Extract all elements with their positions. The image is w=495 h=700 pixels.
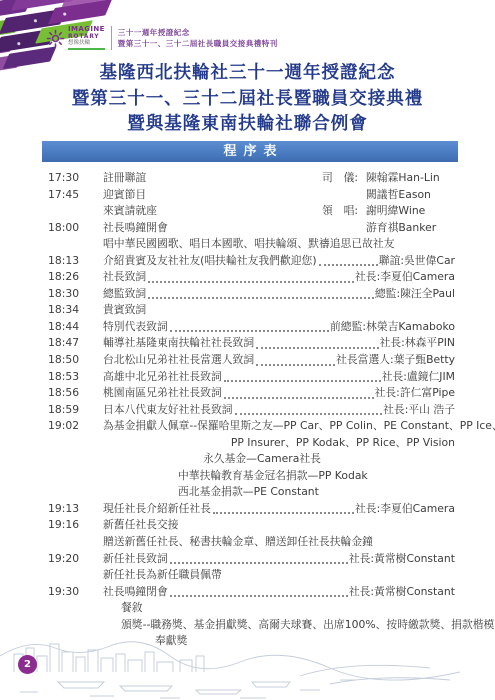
row-time: 18:44 (48, 319, 103, 336)
row-time: 17:30 (48, 170, 103, 187)
row-text: 唱中華民國國歌、唱日本國歌、唱扶輪頌、默禱追思已故社友 (103, 236, 395, 253)
dotted-leader (148, 281, 354, 283)
logo-chinese-label: 想像扶輪 (68, 41, 105, 50)
row-text: 日本八代東友好社社長致詞 (103, 402, 233, 419)
row-time: 18:13 (48, 253, 103, 270)
row-text: 特別代表致詞 (103, 319, 168, 336)
row-side-column: 游育祺Banker (322, 220, 455, 237)
dotted-leader (213, 512, 354, 514)
row-text: 贈送新舊任社長、秘書扶輪金章、贈送卸任社長扶輪金鐘 (103, 534, 373, 551)
schedule-row: 中華扶輪教育基金冠名捐款—PP Kodak (0, 468, 495, 485)
row-presenter: 社長當選人:葉子甄Betty (336, 352, 455, 369)
title-line-2: 暨第三十一、三十二屆社長暨職員交接典禮 (0, 87, 495, 113)
schedule-row: 唱中華民國國歌、唱日本國歌、唱扶輪頌、默禱追思已故社友 (0, 236, 495, 253)
schedule-row: 18:50台北松山兄弟社社長當選人致詞社長當選人:葉子甄Betty (0, 352, 495, 369)
row-text: 註冊聯誼 (103, 170, 146, 187)
row-time: 19:30 (48, 584, 103, 601)
schedule-row: 19:13現任社長介紹新任社長社長:李夏伯Camera (0, 501, 495, 518)
dotted-leader (319, 264, 378, 266)
row-text: 新舊任社長交接 (103, 517, 179, 534)
row-presenter: 前總監:林榮吉Kamaboko (330, 319, 455, 336)
side-role-label: 領 唱: (322, 203, 366, 220)
schedule-row: 餐敘 (0, 600, 495, 617)
row-time: 18:59 (48, 402, 103, 419)
row-time: 18:26 (48, 269, 103, 286)
row-text: 頒獎--職務獎、基金捐獻獎、高爾夫球賽、出席100%、按時繳款獎、捐款楷模 (121, 617, 494, 634)
row-presenter: 社長:盧鏡仁JIM (382, 369, 455, 386)
row-presenter: 總監:陳汪全Paul (375, 286, 455, 303)
row-presenter: 社長:黃常樹Constant (349, 551, 455, 568)
row-time: 18:34 (48, 302, 103, 319)
schedule-row: 18:59日本八代東友好社社長致詞社長:平山 浩子 (0, 402, 495, 419)
side-person-name: 游育祺Banker (366, 220, 436, 237)
dotted-leader (148, 297, 374, 299)
title-line-1: 基隆西北扶輪社三十一週年授證紀念 (0, 61, 495, 87)
header: IMAGINE ROTARY 想像扶輪 三十一週年授證紀念 暨第三十一、三十二屆… (46, 26, 278, 50)
schedule-row: 19:30社長鳴鐘閉會社長:黃常樹Constant (0, 584, 495, 601)
dotted-leader (235, 413, 383, 415)
row-text: PP Insurer、PP Kodak、PP Rice、PP Vision (231, 435, 455, 452)
row-time: 19:16 (48, 517, 103, 534)
dotted-leader (224, 380, 381, 382)
row-text: 社長致詞 (103, 269, 146, 286)
schedule-row: 西北基金捐款—PE Constant (0, 484, 495, 501)
row-side-column: 領 唱:謝明緯Wine (322, 203, 455, 220)
row-text: 迎賓節目 (103, 187, 146, 204)
row-time: 18:53 (48, 369, 103, 386)
row-presenter: 社長:李夏伯Camera (355, 501, 455, 518)
side-person-name: 闕議哲Eason (366, 187, 431, 204)
row-text: 桃園南區兄弟社社長致詞 (103, 385, 222, 402)
schedule-row: 18:53高雄中北兄弟社社長致詞社長:盧鏡仁JIM (0, 369, 495, 386)
row-text: 台北松山兄弟社社長當選人致詞 (103, 352, 254, 369)
schedule-row: 來賓請就座領 唱:謝明緯Wine (0, 203, 495, 220)
row-time: 19:20 (48, 551, 103, 568)
row-text: 介紹貴賓及友社社友(唱扶輪社友我們歡迎您) (103, 253, 317, 270)
row-text: 新任社長為新任職員佩帶 (103, 567, 222, 584)
row-presenter: 聯誼:吳世偉Car (379, 253, 455, 270)
row-text: 社長鳴鐘開會 (103, 220, 168, 237)
row-time: 17:45 (48, 187, 103, 204)
page-title: 基隆西北扶輪社三十一週年授證紀念 暨第三十一、三十二屆社長暨職員交接典禮 暨與基… (0, 61, 495, 138)
schedule-row: 19:16新舊任社長交接 (0, 517, 495, 534)
program-page: { "header": { "logo": {"line1": "IMAGINE… (0, 0, 495, 700)
dotted-leader (256, 347, 378, 349)
row-presenter: 社長:許仁富Pipe (375, 385, 455, 402)
schedule-row: 贈送新舊任社長、秘書扶輪金章、贈送卸任社長扶輪金鐘 (0, 534, 495, 551)
row-time: 19:02 (48, 418, 103, 435)
row-text: 現任社長介紹新任社長 (103, 501, 211, 518)
schedule-row: 19:02為基金捐獻人佩章--保羅哈里斯之友—PP Car、PP Colin、P… (0, 418, 495, 435)
dotted-leader (170, 595, 348, 597)
imagine-rotary-sun-icon (46, 29, 65, 48)
header-tagline-2: 暨第三十一、三十二屆社長職員交接典禮特刊 (118, 38, 278, 49)
schedule-row: 18:13介紹貴賓及友社社友(唱扶輪社友我們歡迎您)聯誼:吳世偉Car (0, 253, 495, 270)
row-time: 18:50 (48, 352, 103, 369)
schedule-row: 18:34貴賓致詞 (0, 302, 495, 319)
schedule-row: 19:20新任社長致詞社長:黃常樹Constant (0, 551, 495, 568)
dotted-leader (170, 562, 348, 564)
schedule-row: PP Insurer、PP Kodak、PP Rice、PP Vision (0, 435, 495, 452)
schedule-row: 18:47輔導社基隆東南扶輪社社長致詞社長:林森平PIN (0, 335, 495, 352)
schedule-row: 18:26社長致詞社長:李夏伯Camera (0, 269, 495, 286)
side-person-name: 陳翰霖Han-Lin (366, 170, 440, 187)
schedule-row: 17:45迎賓節目闕議哲Eason (0, 187, 495, 204)
logo-rotary-label: ROTARY (68, 34, 105, 40)
title-line-3: 暨與基隆東南扶輪社聯合例會 (0, 112, 495, 138)
side-role-label: 司 儀: (322, 170, 366, 187)
row-time: 18:00 (48, 220, 103, 237)
schedule-rows: 17:30註冊聯誼司 儀:陳翰霖Han-Lin17:45迎賓節目闕議哲Eason… (0, 170, 495, 650)
side-role-label (322, 220, 366, 237)
row-text: 永久基金—Camera社長 (203, 451, 321, 468)
row-presenter: 社長:黃常樹Constant (349, 584, 455, 601)
row-text: 貴賓致詞 (103, 302, 146, 319)
row-time: 18:56 (48, 385, 103, 402)
row-side-column: 司 儀:陳翰霖Han-Lin (322, 170, 455, 187)
schedule-row: 18:56桃園南區兄弟社社長致詞社長:許仁富Pipe (0, 385, 495, 402)
row-text: 為基金捐獻人佩章--保羅哈里斯之友—PP Car、PP Colin、PE Con… (103, 418, 495, 435)
row-side-column: 闕議哲Eason (322, 187, 455, 204)
row-text: 奉獻獎 (155, 633, 187, 650)
schedule-row: 頒獎--職務獎、基金捐獻獎、高爾夫球賽、出席100%、按時繳款獎、捐款楷模 (0, 617, 495, 634)
schedule-row: 18:30總監致詞總監:陳汪全Paul (0, 286, 495, 303)
row-text: 中華扶輪教育基金冠名捐款—PP Kodak (178, 468, 368, 485)
row-text: 高雄中北兄弟社社長致詞 (103, 369, 222, 386)
schedule-row: 18:44特別代表致詞前總監:林榮吉Kamaboko (0, 319, 495, 336)
row-text: 餐敘 (121, 600, 143, 617)
row-presenter: 社長:平山 浩子 (383, 402, 455, 419)
schedule-row: 17:30註冊聯誼司 儀:陳翰霖Han-Lin (0, 170, 495, 187)
schedule-row: 18:00社長鳴鐘開會游育祺Banker (0, 220, 495, 237)
row-text: 社長鳴鐘閉會 (103, 584, 168, 601)
rotary-logo-text: IMAGINE ROTARY 想像扶輪 (68, 26, 105, 49)
row-presenter: 社長:林森平PIN (380, 335, 455, 352)
schedule-row: 永久基金—Camera社長 (0, 451, 495, 468)
dotted-leader (224, 397, 374, 399)
row-time: 19:13 (48, 501, 103, 518)
row-text: 輔導社基隆東南扶輪社社長致詞 (103, 335, 254, 352)
side-person-name: 謝明緯Wine (366, 203, 425, 220)
header-taglines: 三十一週年授證紀念 暨第三十一、三十二屆社長職員交接典禮特刊 (118, 27, 278, 49)
row-text: 西北基金捐款—PE Constant (178, 484, 319, 501)
side-role-label (322, 187, 366, 204)
row-text: 來賓請就座 (103, 203, 157, 220)
header-tagline-1: 三十一週年授證紀念 (118, 27, 278, 38)
row-presenter: 社長:李夏伯Camera (355, 269, 455, 286)
dotted-leader (256, 364, 335, 366)
dotted-leader (170, 330, 329, 332)
page-number-badge: 2 (18, 655, 37, 674)
program-banner: 程序表 (42, 141, 458, 162)
row-text: 總監致詞 (103, 286, 146, 303)
row-text: 新任社長致詞 (103, 551, 168, 568)
header-divider (111, 26, 112, 50)
row-time: 18:30 (48, 286, 103, 303)
schedule-row: 新任社長為新任職員佩帶 (0, 567, 495, 584)
rotary-logo: IMAGINE ROTARY 想像扶輪 (46, 26, 105, 49)
row-time: 18:47 (48, 335, 103, 352)
schedule-row: 奉獻獎 (0, 633, 495, 650)
